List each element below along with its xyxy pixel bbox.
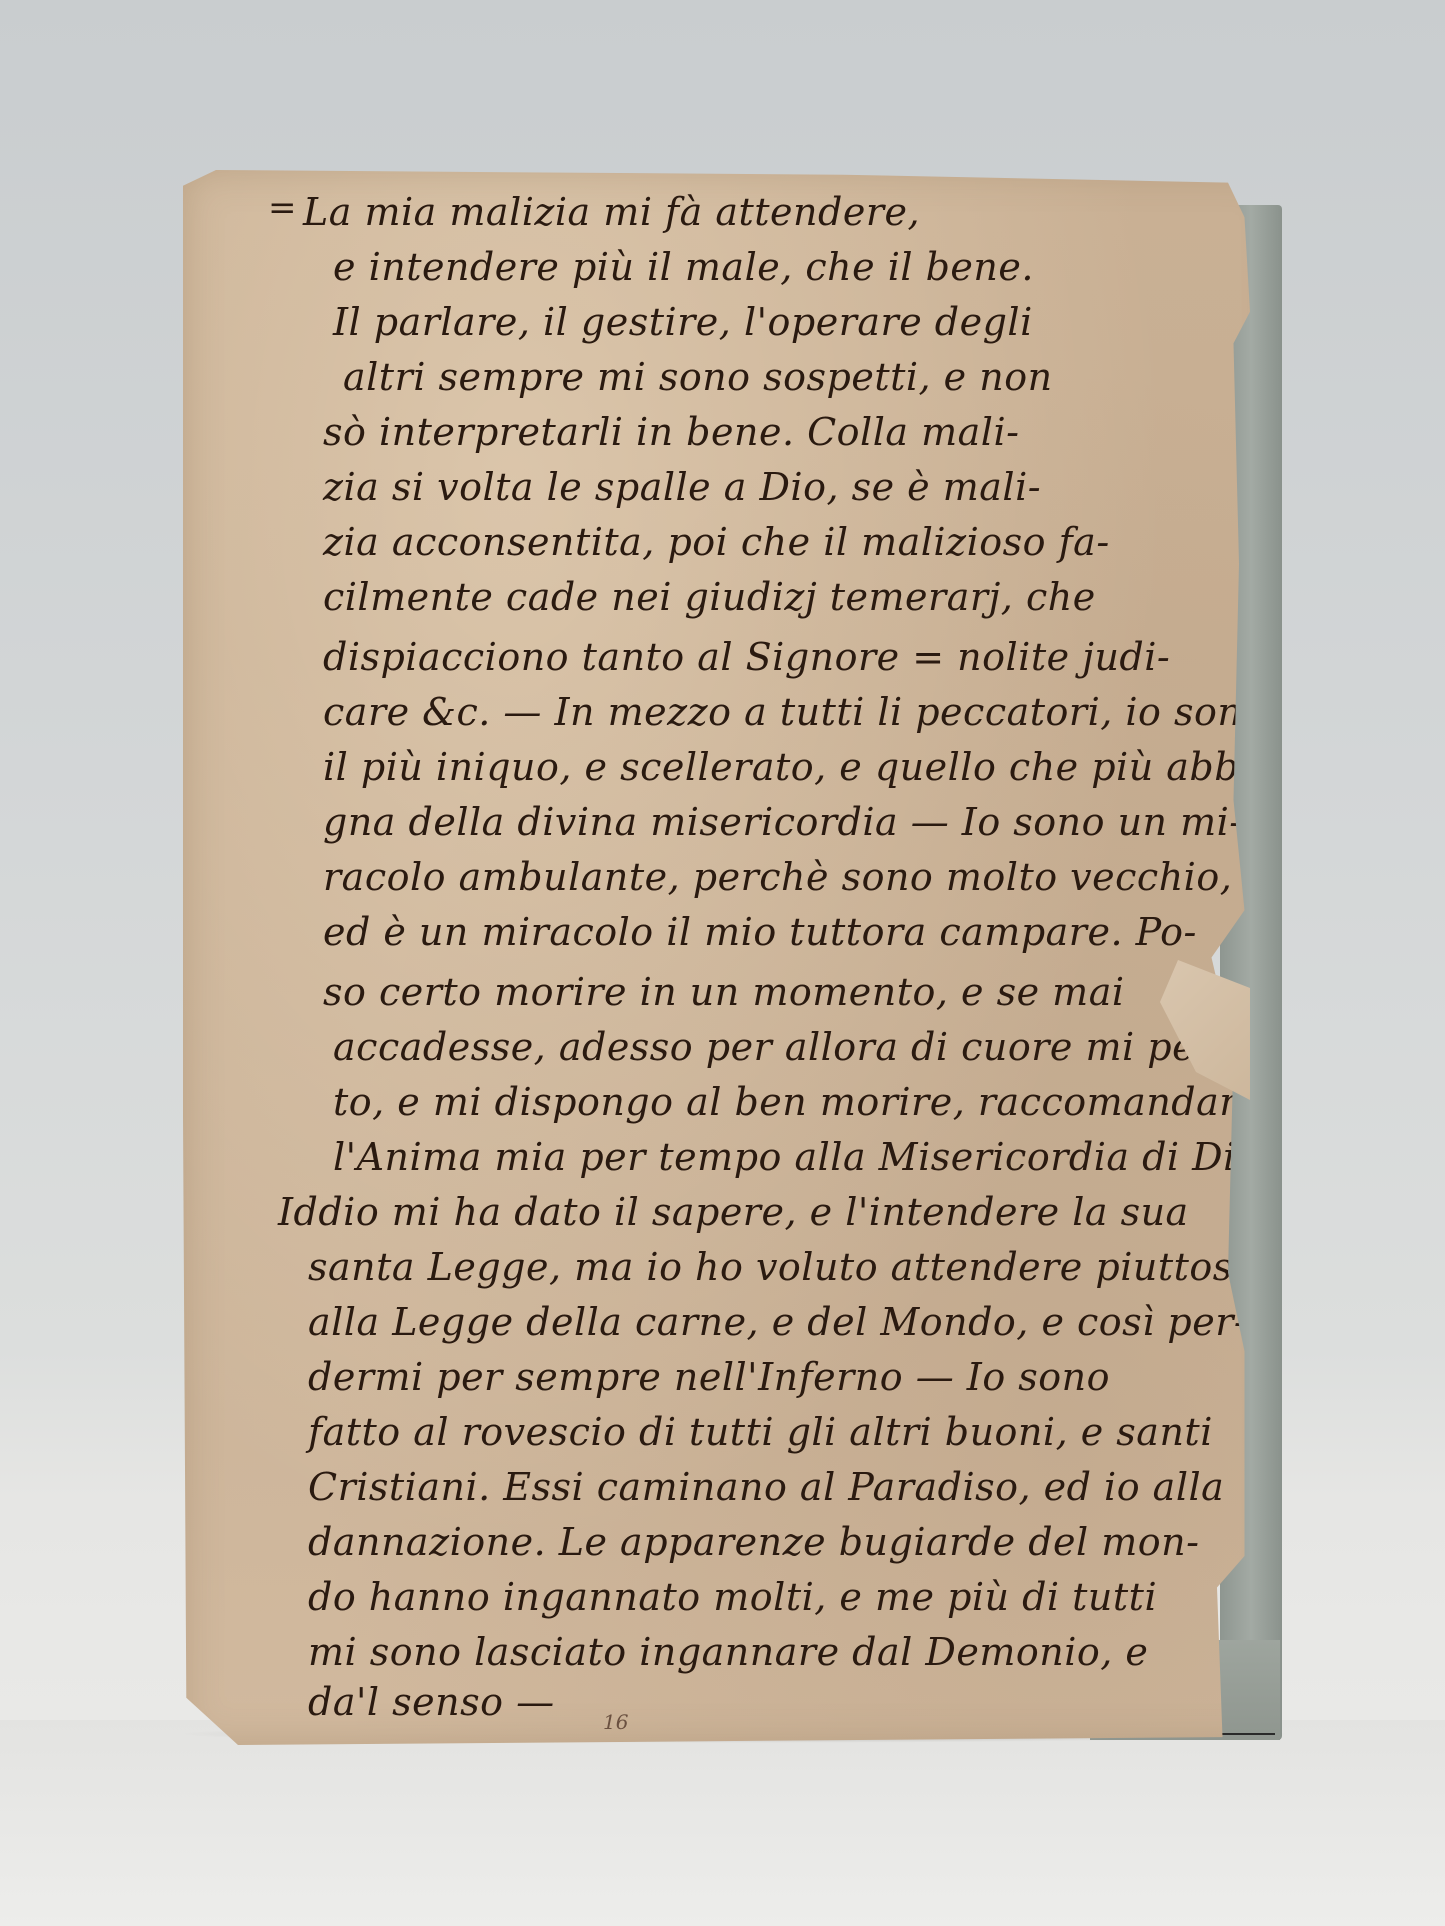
manuscript-line: zia acconsentita, poi che il malizioso f… bbox=[323, 520, 1110, 564]
manuscript-line: Cristiani. Essi caminano al Paradiso, ed… bbox=[308, 1465, 1224, 1509]
manuscript-line: il più iniquo, e scellerato, e quello ch… bbox=[323, 745, 1308, 789]
manuscript-line: sò interpretarli in bene. Colla mali- bbox=[323, 410, 1019, 454]
manuscript-line: so certo morire in un momento, e se mai bbox=[323, 970, 1125, 1014]
manuscript-line: dispiacciono tanto al Signore = nolite j… bbox=[323, 635, 1170, 679]
manuscript-line: Iddio mi ha dato il sapere, e l'intender… bbox=[278, 1190, 1189, 1234]
manuscript-line: racolo ambulante, perchè sono molto vecc… bbox=[323, 855, 1232, 899]
manuscript-text: = La mia malizia mi fà attendere, e inte… bbox=[183, 170, 1283, 1745]
margin-mark: = bbox=[268, 188, 297, 228]
manuscript-line: La mia malizia mi fà attendere, bbox=[303, 190, 920, 234]
manuscript-line: accadesse, adesso per allora di cuore mi… bbox=[333, 1025, 1233, 1069]
manuscript-line: do hanno ingannato molti, e me più di tu… bbox=[308, 1575, 1157, 1619]
table-surface bbox=[0, 1720, 1445, 1926]
manuscript-line: alla Legge della carne, e del Mondo, e c… bbox=[308, 1300, 1247, 1344]
manuscript-line: care &c. — In mezzo a tutti li peccatori… bbox=[323, 690, 1266, 734]
manuscript-line: mi sono lasciato ingannare dal Demonio, … bbox=[308, 1630, 1148, 1674]
manuscript-line: altri sempre mi sono sospetti, e non bbox=[343, 355, 1053, 399]
manuscript-line: Il parlare, il gestire, l'operare degli bbox=[333, 300, 1033, 344]
manuscript-line: zia si volta le spalle a Dio, se è mali- bbox=[323, 465, 1041, 509]
manuscript-line: ed è un miracolo il mio tuttora campare.… bbox=[323, 910, 1197, 954]
manuscript-line: gna della divina misericordia — Io sono … bbox=[323, 800, 1243, 844]
manuscript-line: cilmente cade nei giudizj temerarj, che bbox=[323, 575, 1096, 619]
manuscript-line: da'l senso — bbox=[308, 1680, 555, 1724]
manuscript-line: fatto al rovescio di tutti gli altri buo… bbox=[308, 1410, 1213, 1454]
manuscript-line: dermi per sempre nell'Inferno — Io sono bbox=[308, 1355, 1110, 1399]
manuscript-line: to, e mi dispongo al ben morire, raccoma… bbox=[333, 1080, 1292, 1124]
manuscript-line: e intendere più il male, che il bene. bbox=[333, 245, 1034, 289]
page-number: 16 bbox=[603, 1710, 628, 1734]
manuscript-line: santa Legge, ma io ho voluto attendere p… bbox=[308, 1245, 1272, 1289]
manuscript-line: dannazione. Le apparenze bugiarde del mo… bbox=[308, 1520, 1200, 1564]
manuscript-page: = La mia malizia mi fà attendere, e inte… bbox=[183, 170, 1283, 1745]
manuscript-line: l'Anima mia per tempo alla Misericordia … bbox=[333, 1135, 1271, 1179]
